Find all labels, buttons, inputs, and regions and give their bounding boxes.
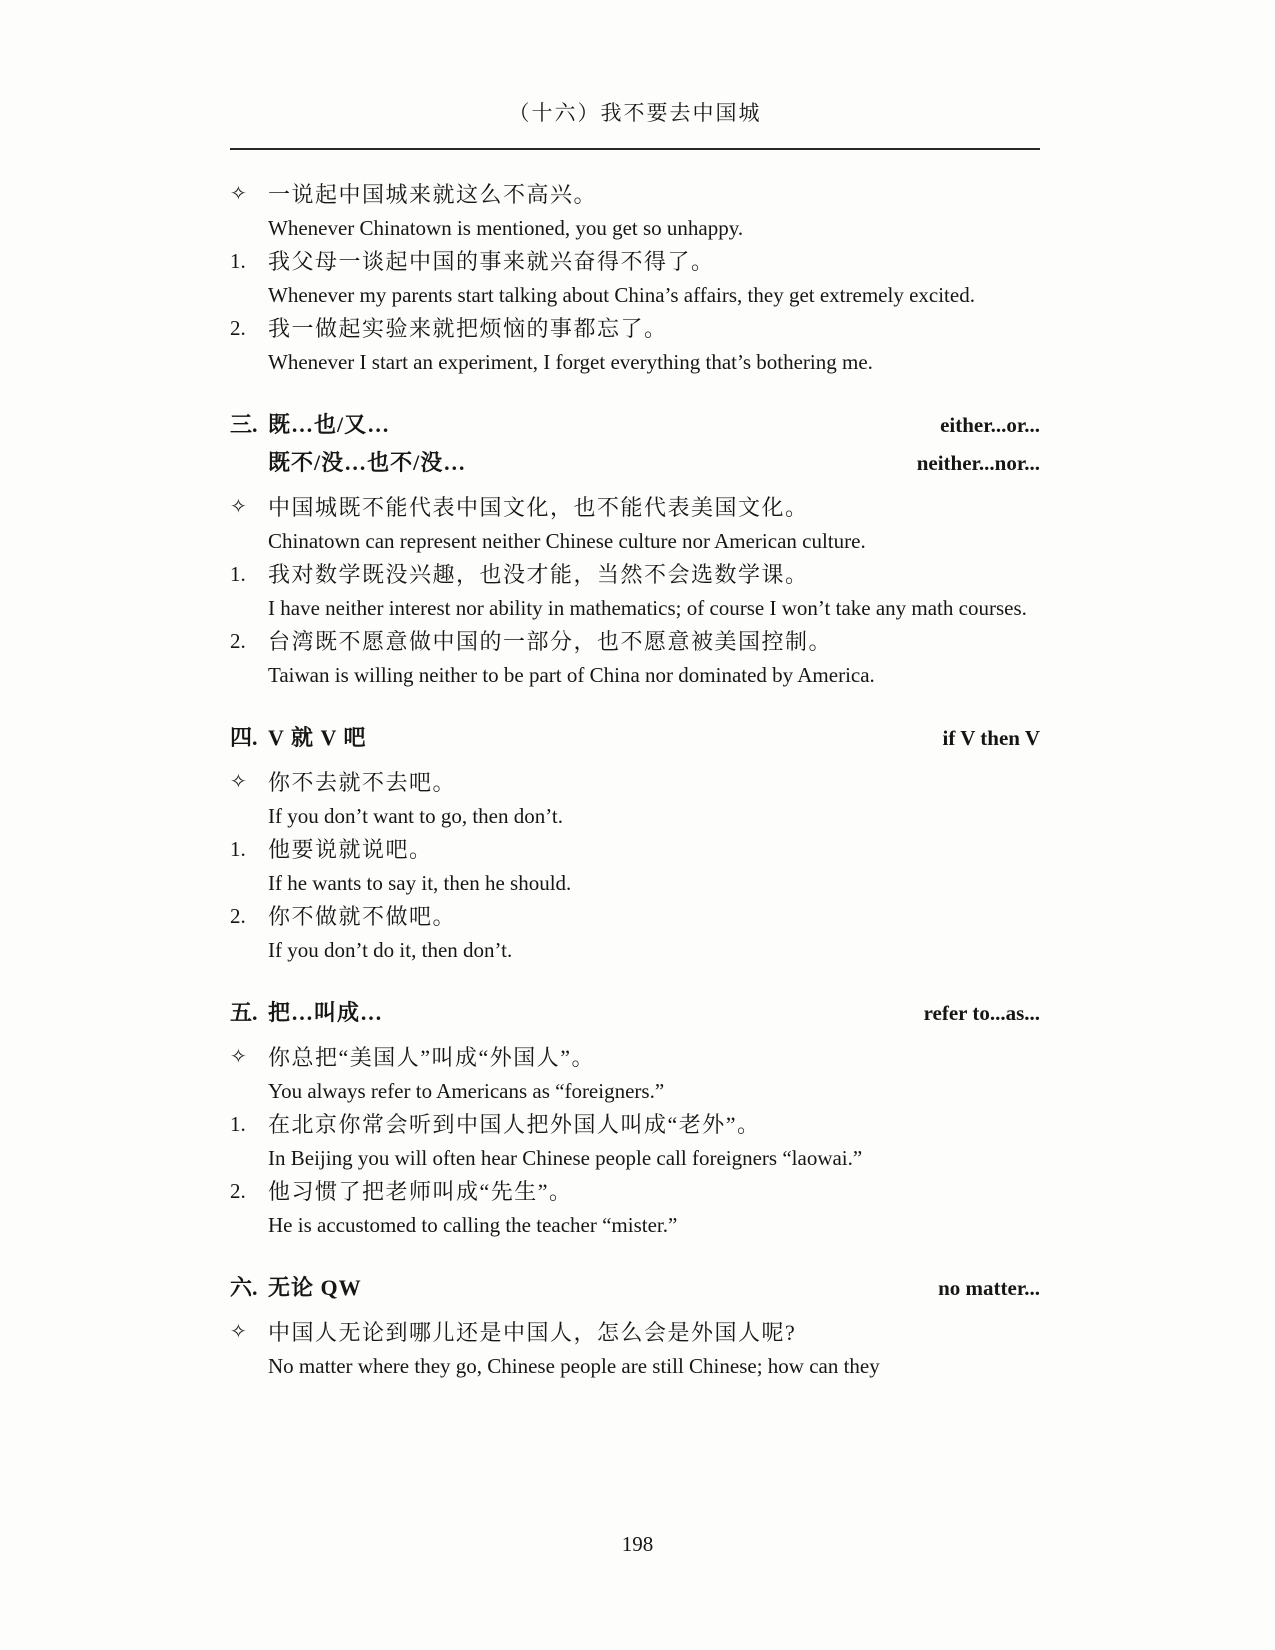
example-item: ✧你总把“美国人”叫成“外国人”。You always refer to Ame…: [230, 1040, 1040, 1107]
numbered-item: 1.在北京你常会听到中国人把外国人叫成“老外”。In Beijing you w…: [230, 1107, 1040, 1174]
grammar-content: ✧一说起中国城来就这么不高兴。Whenever Chinatown is men…: [230, 150, 1040, 1382]
section-number: 三.: [230, 406, 268, 444]
diamond-icon: ✧: [230, 490, 268, 525]
section-number: 四.: [230, 719, 268, 757]
pattern-english-label: neither...nor...: [917, 444, 1040, 482]
chinese-sentence: 你不做就不做吧。: [268, 899, 1040, 934]
chinese-sentence: 我一做起实验来就把烦恼的事都忘了。: [268, 311, 1040, 346]
pattern-english-label: either...or...: [940, 406, 1040, 444]
chinese-sentence: 一说起中国城来就这么不高兴。: [268, 177, 1040, 212]
chinese-sentence: 在北京你常会听到中国人把外国人叫成“老外”。: [268, 1107, 1040, 1142]
pattern-chinese: 把…叫成…: [268, 994, 383, 1032]
section-number: 六.: [230, 1269, 268, 1307]
english-translation: If you don’t do it, then don’t.: [268, 934, 1040, 966]
chinese-sentence: 你不去就不去吧。: [268, 765, 1040, 800]
diamond-icon: ✧: [230, 765, 268, 800]
english-translation: No matter where they go, Chinese people …: [268, 1350, 1040, 1382]
example-item: ✧一说起中国城来就这么不高兴。Whenever Chinatown is men…: [230, 177, 1040, 244]
pattern-chinese: 既不/没…也不/没…: [268, 444, 466, 482]
chinese-sentence: 我对数学既没兴趣，也没才能，当然不会选数学课。: [268, 557, 1040, 592]
english-translation: If you don’t want to go, then don’t.: [268, 800, 1040, 832]
diamond-icon: ✧: [230, 177, 268, 212]
diamond-icon: ✧: [230, 1315, 268, 1350]
pattern-line: 既不/没…也不/没…neither...nor...: [268, 444, 1040, 482]
section-heading: 三.既…也/又…either...or...既不/没…也不/没…neither.…: [230, 406, 1040, 482]
numbered-item: 2.你不做就不做吧。If you don’t do it, then don’t…: [230, 899, 1040, 966]
chinese-sentence: 中国城既不能代表中国文化，也不能代表美国文化。: [268, 490, 1040, 525]
numbered-item: 2.我一做起实验来就把烦恼的事都忘了。Whenever I start an e…: [230, 311, 1040, 378]
item-number: 1.: [230, 557, 268, 592]
page-number: 198: [0, 1532, 1275, 1557]
item-number: 2.: [230, 899, 268, 934]
item-number: 1.: [230, 244, 268, 279]
english-translation: He is accustomed to calling the teacher …: [268, 1209, 1040, 1241]
pattern-chinese: 既…也/又…: [268, 406, 390, 444]
pattern-chinese: 无论 QW: [268, 1269, 362, 1307]
pattern-chinese: V 就 V 吧: [268, 719, 366, 757]
chinese-sentence: 你总把“美国人”叫成“外国人”。: [268, 1040, 1040, 1075]
chinese-sentence: 他要说就说吧。: [268, 832, 1040, 867]
chinese-sentence: 他习惯了把老师叫成“先生”。: [268, 1174, 1040, 1209]
pattern-english-label: refer to...as...: [924, 994, 1040, 1032]
item-number: 2.: [230, 624, 268, 659]
english-translation: In Beijing you will often hear Chinese p…: [268, 1142, 1040, 1174]
numbered-item: 2.他习惯了把老师叫成“先生”。He is accustomed to call…: [230, 1174, 1040, 1241]
chinese-sentence: 台湾既不愿意做中国的一部分，也不愿意被美国控制。: [268, 624, 1040, 659]
english-translation: Whenever Chinatown is mentioned, you get…: [268, 212, 1040, 244]
english-translation: Chinatown can represent neither Chinese …: [268, 525, 1040, 557]
section-heading: 五.把…叫成…refer to...as...: [230, 994, 1040, 1032]
item-number: 2.: [230, 1174, 268, 1209]
item-number: 2.: [230, 311, 268, 346]
pattern-line: V 就 V 吧if V then V: [268, 719, 1040, 757]
pattern-line: 把…叫成…refer to...as...: [268, 994, 1040, 1032]
textbook-page: （十六）我不要去中国城 ✧一说起中国城来就这么不高兴。Whenever Chin…: [0, 0, 1275, 1650]
pattern-english-label: no matter...: [938, 1269, 1040, 1307]
example-item: ✧中国城既不能代表中国文化，也不能代表美国文化。Chinatown can re…: [230, 490, 1040, 557]
section-heading: 六.无论 QWno matter...: [230, 1269, 1040, 1307]
item-number: 1.: [230, 832, 268, 867]
example-item: ✧你不去就不去吧。If you don’t want to go, then d…: [230, 765, 1040, 832]
english-translation: I have neither interest nor ability in m…: [268, 592, 1040, 624]
content-column: （十六）我不要去中国城 ✧一说起中国城来就这么不高兴。Whenever Chin…: [230, 0, 1040, 1382]
chinese-sentence: 中国人无论到哪儿还是中国人，怎么会是外国人呢?: [268, 1315, 1040, 1350]
chinese-sentence: 我父母一谈起中国的事来就兴奋得不得了。: [268, 244, 1040, 279]
numbered-item: 2.台湾既不愿意做中国的一部分，也不愿意被美国控制。Taiwan is will…: [230, 624, 1040, 691]
numbered-item: 1.我对数学既没兴趣，也没才能，当然不会选数学课。I have neither …: [230, 557, 1040, 624]
english-translation: Whenever my parents start talking about …: [268, 279, 1040, 311]
numbered-item: 1.他要说就说吧。If he wants to say it, then he …: [230, 832, 1040, 899]
diamond-icon: ✧: [230, 1040, 268, 1075]
item-number: 1.: [230, 1107, 268, 1142]
section-number: 五.: [230, 994, 268, 1032]
english-translation: Taiwan is willing neither to be part of …: [268, 659, 1040, 691]
example-item: ✧中国人无论到哪儿还是中国人，怎么会是外国人呢?No matter where …: [230, 1315, 1040, 1382]
english-translation: If he wants to say it, then he should.: [268, 867, 1040, 899]
section-heading: 四.V 就 V 吧if V then V: [230, 719, 1040, 757]
english-translation: Whenever I start an experiment, I forget…: [268, 346, 1040, 378]
page-header-title: （十六）我不要去中国城: [230, 0, 1040, 127]
english-translation: You always refer to Americans as “foreig…: [268, 1075, 1040, 1107]
pattern-english-label: if V then V: [943, 719, 1040, 757]
pattern-line: 无论 QWno matter...: [268, 1269, 1040, 1307]
numbered-item: 1.我父母一谈起中国的事来就兴奋得不得了。Whenever my parents…: [230, 244, 1040, 311]
pattern-line: 既…也/又…either...or...: [268, 406, 1040, 444]
